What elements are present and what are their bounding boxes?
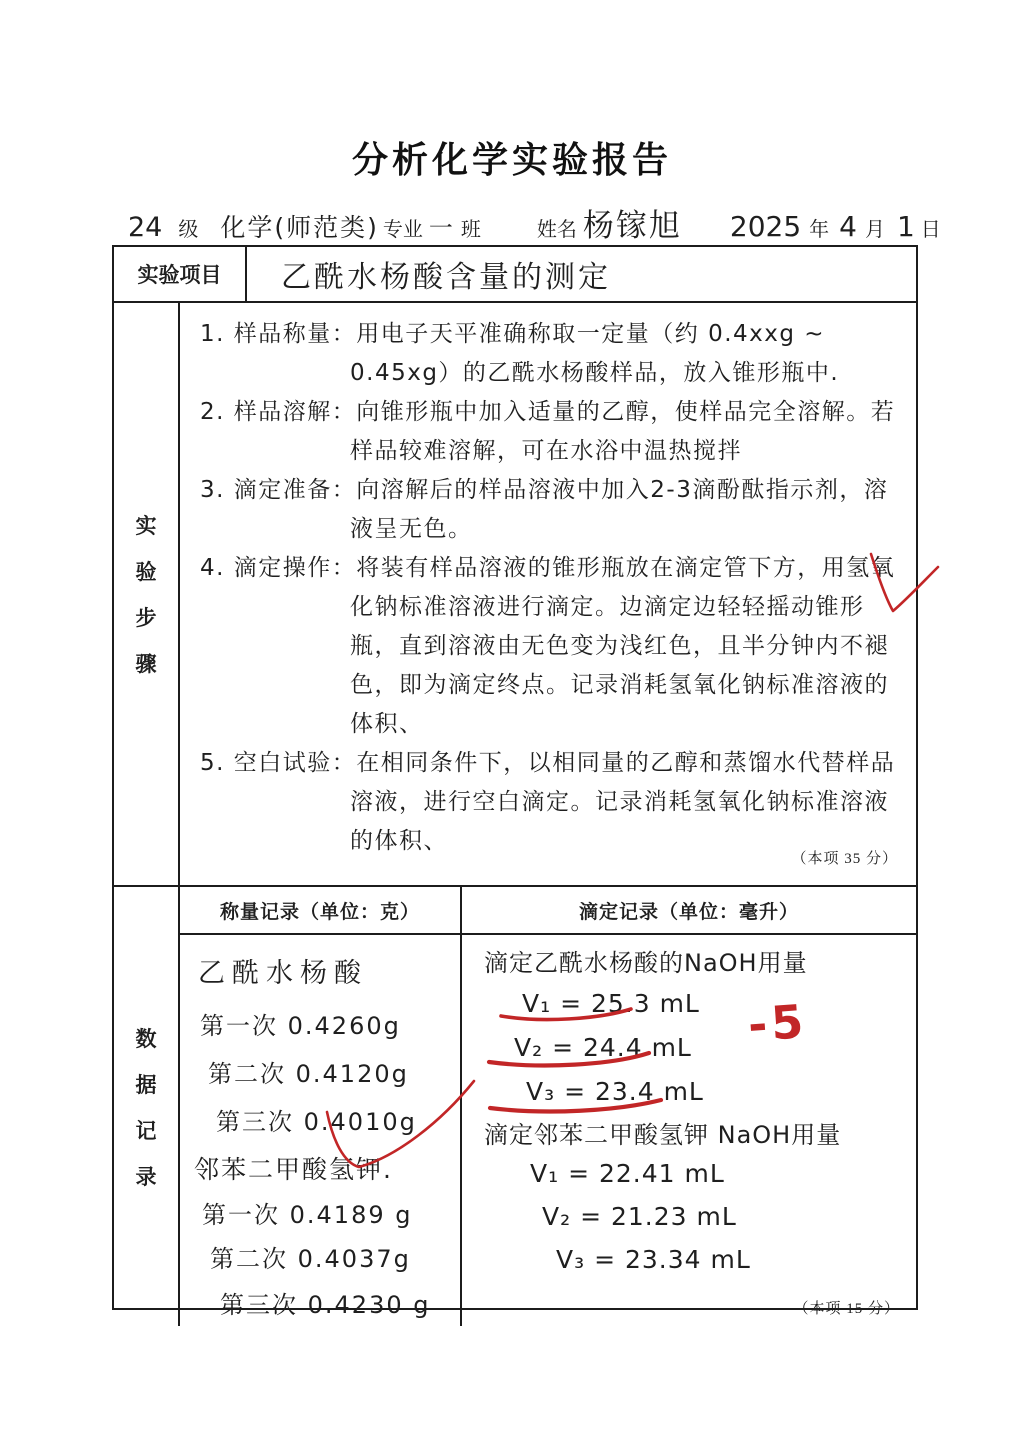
- data-record-row: 数 据 记 录 称量记录（单位：克） 乙酰水杨酸 第一次 0.4260g 第二次…: [114, 887, 916, 1326]
- project-label: 实验项目: [114, 247, 247, 301]
- month-value: 4: [839, 210, 857, 243]
- year-label: 年: [809, 213, 829, 242]
- weighing-column: 称量记录（单位：克） 乙酰水杨酸 第一次 0.4260g 第二次 0.4120g…: [180, 887, 462, 1326]
- weighing-line: 乙酰水杨酸: [198, 951, 454, 990]
- major-label: 专业: [383, 213, 423, 242]
- weighing-header: 称量记录（单位：克）: [180, 887, 460, 935]
- data-score-note: （本项 15 分）: [793, 1297, 900, 1318]
- day-label: 日: [921, 213, 941, 242]
- day-value: 1: [897, 210, 915, 243]
- steps-label-char: 验: [136, 556, 157, 586]
- steps-label-char: 步: [136, 602, 157, 632]
- major-value: 化学(师范类): [220, 208, 379, 244]
- page-title: 分析化学实验报告: [0, 132, 1024, 183]
- data-record-label-char: 据: [136, 1069, 157, 1099]
- steps-label: 实 验 步 骤: [114, 303, 180, 885]
- weighing-line: 第三次 0.4230 g: [220, 1285, 454, 1320]
- weighing-line: 第二次 0.4037g: [210, 1239, 454, 1274]
- weighing-line: 第一次 0.4189 g: [202, 1195, 454, 1230]
- titration-line: V₃ = 23.4 mL: [526, 1077, 906, 1107]
- report-table: 实验项目 乙酰水杨酸含量的测定 实 验 步 骤 1. 样品称量：用电子天平准确称…: [112, 245, 918, 1310]
- project-value: 乙酰水杨酸含量的测定: [247, 247, 916, 301]
- data-record-label-char: 录: [136, 1161, 157, 1191]
- grade-label: 级: [178, 213, 198, 242]
- step-item: 4. 滴定操作：将装有样品溶液的锥形瓶放在滴定管下方，用氢氧化钠标准溶液进行滴定…: [200, 549, 904, 744]
- titration-line: V₁ = 25.3 mL: [522, 989, 906, 1019]
- weighing-body: 乙酰水杨酸 第一次 0.4260g 第二次 0.4120g 第三次 0.4010…: [180, 935, 460, 1326]
- year-value: 2025: [730, 210, 801, 243]
- titration-section-title: 滴定邻苯二甲酸氢钾 NaOH用量: [484, 1119, 906, 1151]
- name-value: 杨镓旭: [583, 200, 682, 245]
- weighing-line: 第三次 0.4010g: [216, 1102, 454, 1137]
- data-record-label-char: 记: [136, 1115, 157, 1145]
- class-label: 班: [461, 213, 481, 242]
- steps-label-char: 骤: [136, 648, 157, 678]
- weighing-line: 第二次 0.4120g: [208, 1054, 454, 1089]
- class-value: 一: [429, 208, 453, 243]
- steps-label-char: 实: [136, 510, 157, 540]
- steps-score-note: （本项 35 分）: [791, 840, 898, 879]
- step-item: 1. 样品称量：用电子天平准确称取一定量（约 0.4xxg ~ 0.45xg）的…: [200, 315, 904, 393]
- month-label: 月: [865, 213, 885, 242]
- project-row: 实验项目 乙酰水杨酸含量的测定: [114, 247, 916, 303]
- report-header: 24 级 化学(师范类) 专业 一 班 姓名 杨镓旭 2025 年 4 月 1 …: [128, 200, 918, 246]
- titration-line: V₂ = 21.23 mL: [542, 1202, 906, 1232]
- weighing-line: 邻苯二甲酸氢钾.: [194, 1150, 454, 1186]
- name-label: 姓名: [537, 213, 577, 242]
- titration-section-title: 滴定乙酰水杨酸的NaOH用量: [484, 947, 906, 979]
- steps-row: 实 验 步 骤 1. 样品称量：用电子天平准确称取一定量（约 0.4xxg ~ …: [114, 303, 916, 887]
- grader-deduction-mark: -5: [746, 994, 809, 1052]
- titration-body: 滴定乙酰水杨酸的NaOH用量 V₁ = 25.3 mL V₂ = 24.4 mL…: [462, 935, 916, 1281]
- lab-report-page: 分析化学实验报告 24 级 化学(师范类) 专业 一 班 姓名 杨镓旭 2025…: [0, 0, 1024, 1444]
- step-item: 2. 样品溶解：向锥形瓶中加入适量的乙醇，使样品完全溶解。若样品较难溶解，可在水…: [200, 393, 904, 471]
- titration-line: V₁ = 22.41 mL: [530, 1159, 906, 1189]
- titration-header: 滴定记录（单位：毫升）: [462, 887, 916, 935]
- titration-line: V₂ = 24.4 mL: [514, 1033, 906, 1063]
- data-record-label-char: 数: [136, 1023, 157, 1053]
- weighing-line: 第一次 0.4260g: [200, 1006, 454, 1041]
- grade-value: 24: [128, 212, 162, 243]
- titration-column: 滴定记录（单位：毫升） 滴定乙酰水杨酸的NaOH用量 V₁ = 25.3 mL …: [462, 887, 916, 1326]
- data-record-label: 数 据 记 录: [114, 887, 180, 1326]
- titration-line: V₃ = 23.34 mL: [556, 1245, 906, 1275]
- steps-content: 1. 样品称量：用电子天平准确称取一定量（约 0.4xxg ~ 0.45xg）的…: [180, 303, 916, 885]
- step-item: 3. 滴定准备：向溶解后的样品溶液中加入2-3滴酚酞指示剂，溶液呈无色。: [200, 471, 904, 549]
